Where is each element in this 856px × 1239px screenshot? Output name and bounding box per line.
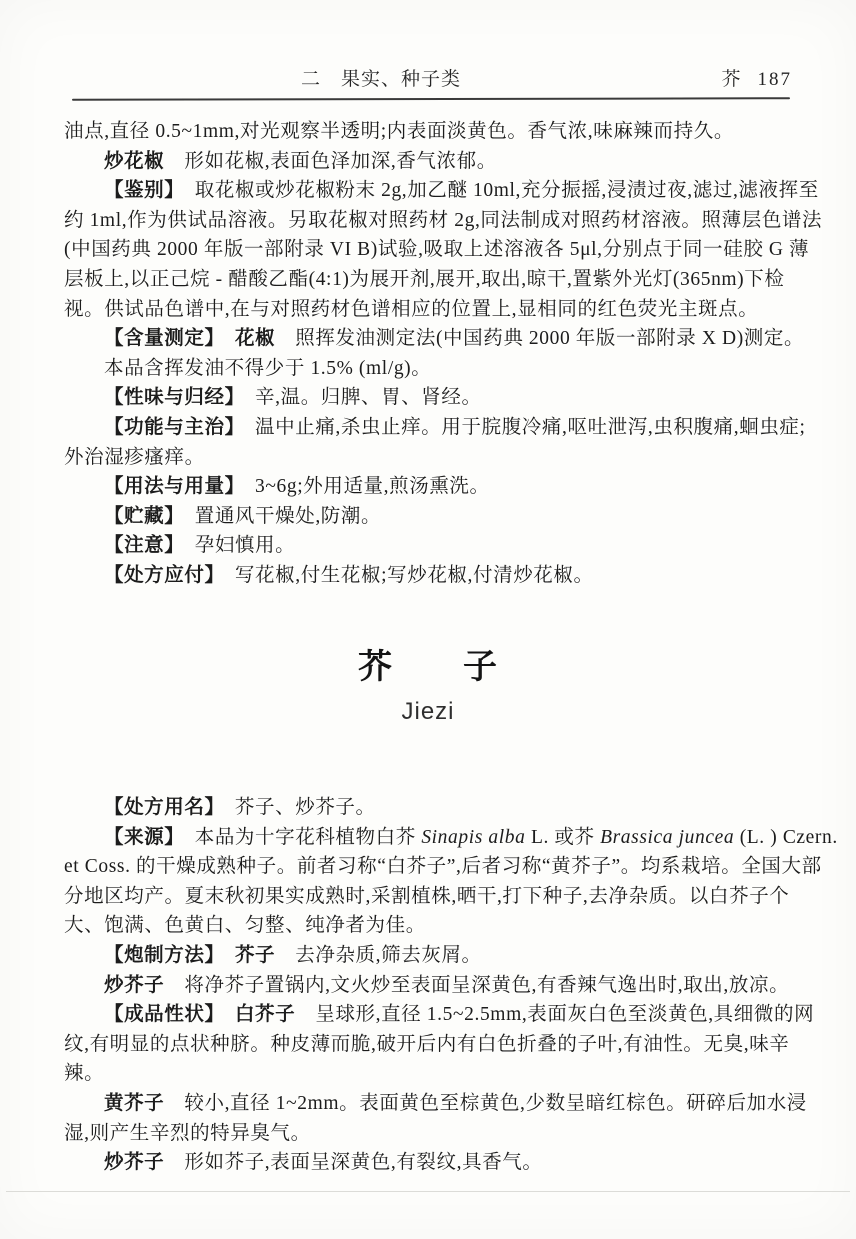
text-run: 3~6g;外用适量,煎汤熏洗。 [235, 476, 490, 497]
bold-label-run: 【炮制方法】 [104, 945, 215, 966]
text-run: 视。供试品色谱中,在与对照药材色谱相应的位置上,显相同的红色荧光主斑点。 [64, 299, 758, 320]
text-run: 油点,直径 0.5~1mm,对光观察半透明;内表面淡黄色。香气浓,味麻辣而持久。 [64, 121, 734, 142]
scan-edge-line [6, 1191, 850, 1192]
text-line: (中国药典 2000 年版一部附录 VI B)试验,吸取上述溶液各 5μl,分别… [64, 235, 794, 265]
text-line: et Coss. 的干燥成熟种子。前者习称“白芥子”,后者习称“黄芥子”。均系栽… [64, 852, 794, 882]
bold-label-run: 【鉴别】 [104, 180, 175, 201]
text-run: 照挥发油测定法(中国药典 2000 年版一部附录 X D)测定。 [275, 328, 804, 349]
bold-label-run: 【含量测定】 [104, 328, 215, 349]
text-run: 分地区均产。夏末秋初果实成熟时,采割植株,晒干,打下种子,去净杂质。以白芥子个 [64, 886, 789, 907]
text-line: 辣。 [64, 1059, 794, 1089]
header-rule [72, 97, 790, 101]
text-line: 【来源】 本品为十字花科植物白芥 Sinapis alba L. 或芥 Bras… [64, 823, 794, 853]
text-run: L. 或芥 [525, 827, 600, 848]
bold-label-run: 【处方应付】 [104, 565, 215, 586]
text-run: 本品为十字花科植物白芥 [175, 827, 422, 848]
text-run: 将净芥子置锅内,文火炒至表面呈深黄色,有香辣气逸出时,取出,放凉。 [164, 975, 789, 996]
text-run: (中国药典 2000 年版一部附录 VI B)试验,吸取上述溶液各 5μl,分别… [64, 239, 809, 260]
text-run: 辣。 [64, 1063, 104, 1084]
bold-label-run: 【处方用名】 [104, 797, 215, 818]
text-run: 约 1ml,作为供试品溶液。另取花椒对照药材 2g,同法制成对照药材溶液。照薄层… [64, 210, 822, 231]
bold-label-run: 【贮藏】 [104, 506, 175, 527]
bold-label-run: 【来源】 [104, 827, 175, 848]
text-run: 辛,温。归脾、胃、肾经。 [235, 387, 482, 408]
bold-label-run: 炒花椒 [104, 151, 164, 172]
text-run: 温中止痛,杀虫止痒。用于脘腹冷痛,呕吐泄泻,虫积腹痛,蛔虫症; [235, 417, 806, 438]
text-run: 大、饱满、色黄白、匀整、纯净者为佳。 [64, 915, 426, 936]
text-line: 湿,则产生辛烈的特异臭气。 [64, 1119, 794, 1149]
text-line: 分地区均产。夏末秋初果实成熟时,采割植株,晒干,打下种子,去净杂质。以白芥子个 [64, 882, 794, 912]
running-head: 二 果实、种子类 [64, 64, 698, 91]
entry-char: 芥 [721, 69, 741, 90]
latin-name-run: Brassica juncea [600, 827, 734, 848]
text-run [215, 1004, 235, 1025]
text-run: 层板上,以正己烷 - 醋酸乙酯(4:1)为展开剂,展开,取出,晾干,置紫外光灯(… [64, 269, 784, 290]
text-line: 大、饱满、色黄白、匀整、纯净者为佳。 [64, 911, 794, 941]
text-line: 层板上,以正己烷 - 醋酸乙酯(4:1)为展开剂,展开,取出,晾干,置紫外光灯(… [64, 265, 794, 295]
page-number: 187 [758, 69, 793, 90]
bold-label-run: 白芥子 [235, 1004, 295, 1025]
bold-label-run: 花椒 [235, 328, 275, 349]
text-line: 【功能与主治】 温中止痛,杀虫止痒。用于脘腹冷痛,呕吐泄泻,虫积腹痛,蛔虫症; [64, 413, 794, 443]
bold-label-run: 【功能与主治】 [104, 417, 235, 438]
text-run: 较小,直径 1~2mm。表面黄色至棕黄色,少数呈暗红棕色。研碎后加水浸 [164, 1093, 807, 1114]
text-line: 【注意】 孕妇慎用。 [64, 531, 794, 561]
bold-label-run: 芥子 [235, 945, 275, 966]
entry-title-block: 芥 子 Jiezi [0, 648, 856, 726]
text-run: (L. ) Czern. [734, 827, 838, 848]
text-line: 【成品性状】 白芥子 呈球形,直径 1.5~2.5mm,表面灰白色至淡黄色,具细… [64, 1000, 794, 1030]
bold-label-run: 【成品性状】 [104, 1004, 215, 1025]
text-line: 视。供试品色谱中,在与对照药材色谱相应的位置上,显相同的红色荧光主斑点。 [64, 295, 794, 325]
text-run [215, 945, 235, 966]
text-line: 【用法与用量】 3~6g;外用适量,煎汤熏洗。 [64, 472, 794, 502]
text-line: 炒花椒 形如花椒,表面色泽加深,香气浓郁。 [64, 147, 794, 177]
text-run: 呈球形,直径 1.5~2.5mm,表面灰白色至淡黄色,具细微的网 [295, 1004, 814, 1025]
text-run: 芥子、炒芥子。 [215, 797, 376, 818]
text-run: 写花椒,付生花椒;写炒花椒,付清炒花椒。 [215, 565, 594, 586]
text-run: 去净杂质,筛去灰屑。 [275, 945, 481, 966]
text-line: 本品含挥发油不得少于 1.5% (ml/g)。 [64, 354, 794, 384]
text-line: 【鉴别】 取花椒或炒花椒粉末 2g,加乙醚 10ml,充分振摇,浸渍过夜,滤过,… [64, 176, 794, 206]
text-line: 【性味与归经】 辛,温。归脾、胃、肾经。 [64, 383, 794, 413]
text-run: 湿,则产生辛烈的特异臭气。 [64, 1123, 311, 1144]
entry-pinyin: Jiezi [0, 698, 856, 726]
text-line: 【含量测定】 花椒 照挥发油测定法(中国药典 2000 年版一部附录 X D)测… [64, 324, 794, 354]
text-line: 约 1ml,作为供试品溶液。另取花椒对照药材 2g,同法制成对照药材溶液。照薄层… [64, 206, 794, 236]
text-run: et Coss. 的干燥成熟种子。前者习称“白芥子”,后者习称“黄芥子”。均系栽… [64, 856, 822, 877]
text-line: 外治湿疹瘙痒。 [64, 443, 794, 473]
text-run [215, 328, 235, 349]
monograph-huajiao-continuation: 油点,直径 0.5~1mm,对光观察半透明;内表面淡黄色。香气浓,味麻辣而持久。… [64, 117, 794, 591]
text-run: 纹,有明显的点状种脐。种皮薄而脆,破开后内有白色折叠的子叶,有油性。无臭,味辛 [64, 1034, 789, 1055]
bold-label-run: 【性味与归经】 [104, 387, 235, 408]
bold-label-run: 【注意】 [104, 535, 175, 556]
text-line: 【炮制方法】 芥子 去净杂质,筛去灰屑。 [64, 941, 794, 971]
entry-title: 芥 子 [0, 648, 856, 688]
text-run: 本品含挥发油不得少于 1.5% (ml/g)。 [104, 358, 431, 379]
monograph-jiezi: 【处方用名】 芥子、炒芥子。【来源】 本品为十字花科植物白芥 Sinapis a… [64, 793, 794, 1178]
text-line: 【处方应付】 写花椒,付生花椒;写炒花椒,付清炒花椒。 [64, 561, 794, 591]
text-run: 形如芥子,表面呈深黄色,有裂纹,具香气。 [164, 1152, 542, 1173]
text-line: 油点,直径 0.5~1mm,对光观察半透明;内表面淡黄色。香气浓,味麻辣而持久。 [64, 117, 794, 147]
bold-label-run: 炒芥子 [104, 975, 164, 996]
header-right: 芥187 [721, 64, 792, 91]
text-line: 【处方用名】 芥子、炒芥子。 [64, 793, 794, 823]
text-line: 炒芥子 形如芥子,表面呈深黄色,有裂纹,具香气。 [64, 1148, 794, 1178]
text-line: 炒芥子 将净芥子置锅内,文火炒至表面呈深黄色,有香辣气逸出时,取出,放凉。 [64, 971, 794, 1001]
text-run: 孕妇慎用。 [175, 535, 296, 556]
text-line: 【贮藏】 置通风干燥处,防潮。 [64, 502, 794, 532]
text-run: 外治湿疹瘙痒。 [64, 447, 205, 468]
text-run: 置通风干燥处,防潮。 [175, 506, 381, 527]
bold-label-run: 炒芥子 [104, 1152, 164, 1173]
latin-name-run: Sinapis alba [421, 827, 525, 848]
text-run: 取花椒或炒花椒粉末 2g,加乙醚 10ml,充分振摇,浸渍过夜,滤过,滤液挥至 [175, 180, 819, 201]
page-header: 二 果实、种子类 芥187 [64, 64, 794, 90]
text-line: 黄芥子 较小,直径 1~2mm。表面黄色至棕黄色,少数呈暗红棕色。研碎后加水浸 [64, 1089, 794, 1119]
text-run: 形如花椒,表面色泽加深,香气浓郁。 [164, 151, 497, 172]
document-page: 二 果实、种子类 芥187 油点,直径 0.5~1mm,对光观察半透明;内表面淡… [0, 0, 856, 1239]
text-line: 纹,有明显的点状种脐。种皮薄而脆,破开后内有白色折叠的子叶,有油性。无臭,味辛 [64, 1030, 794, 1060]
bold-label-run: 【用法与用量】 [104, 476, 235, 497]
bold-label-run: 黄芥子 [104, 1093, 164, 1114]
